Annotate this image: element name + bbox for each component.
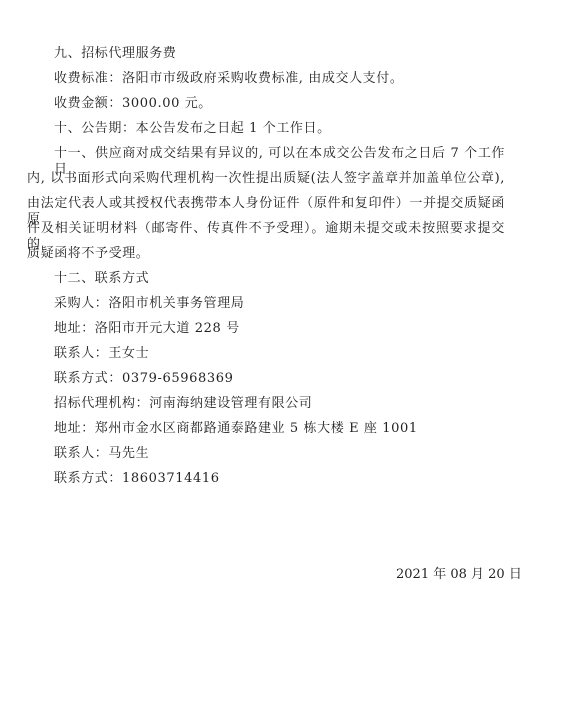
agency-name: 招标代理机构：河南海纳建设管理有限公司	[54, 396, 312, 412]
agency-address: 地址：郑州市金水区商都路通泰路建业 5 栋大楼 E 座 1001	[54, 421, 418, 437]
purchaser-name: 采购人：洛阳市机关事务管理局	[54, 296, 244, 312]
document-page: 九、招标代理服务费 收费标准：洛阳市市级政府采购收费标准, 由成交人支付。 收费…	[0, 0, 577, 702]
purchaser-phone: 联系方式：0379-65968369	[54, 371, 233, 387]
agency-contact: 联系人：马先生	[54, 446, 149, 462]
agency-phone: 联系方式：18603714416	[54, 471, 220, 487]
section9-heading: 九、招标代理服务费	[54, 46, 176, 62]
fee-amount: 收费金额：3000.00 元。	[54, 96, 212, 112]
section12-heading: 十二、联系方式	[54, 271, 149, 287]
announcement-period: 十、公告期：本公告发布之日起 1 个工作日。	[54, 121, 331, 137]
purchaser-contact: 联系人：王女士	[54, 346, 149, 362]
objection-line-2: 内, 以书面形式向采购代理机构一次性提出质疑(法人签字盖章并加盖单位公章),	[27, 171, 505, 187]
document-date: 2021 年 08 月 20 日	[396, 567, 522, 583]
fee-standard: 收费标准：洛阳市市级政府采购收费标准, 由成交人支付。	[54, 71, 403, 87]
objection-line-5: 质疑函将不予受理。	[27, 246, 149, 262]
purchaser-address: 地址：洛阳市开元大道 228 号	[54, 321, 240, 337]
